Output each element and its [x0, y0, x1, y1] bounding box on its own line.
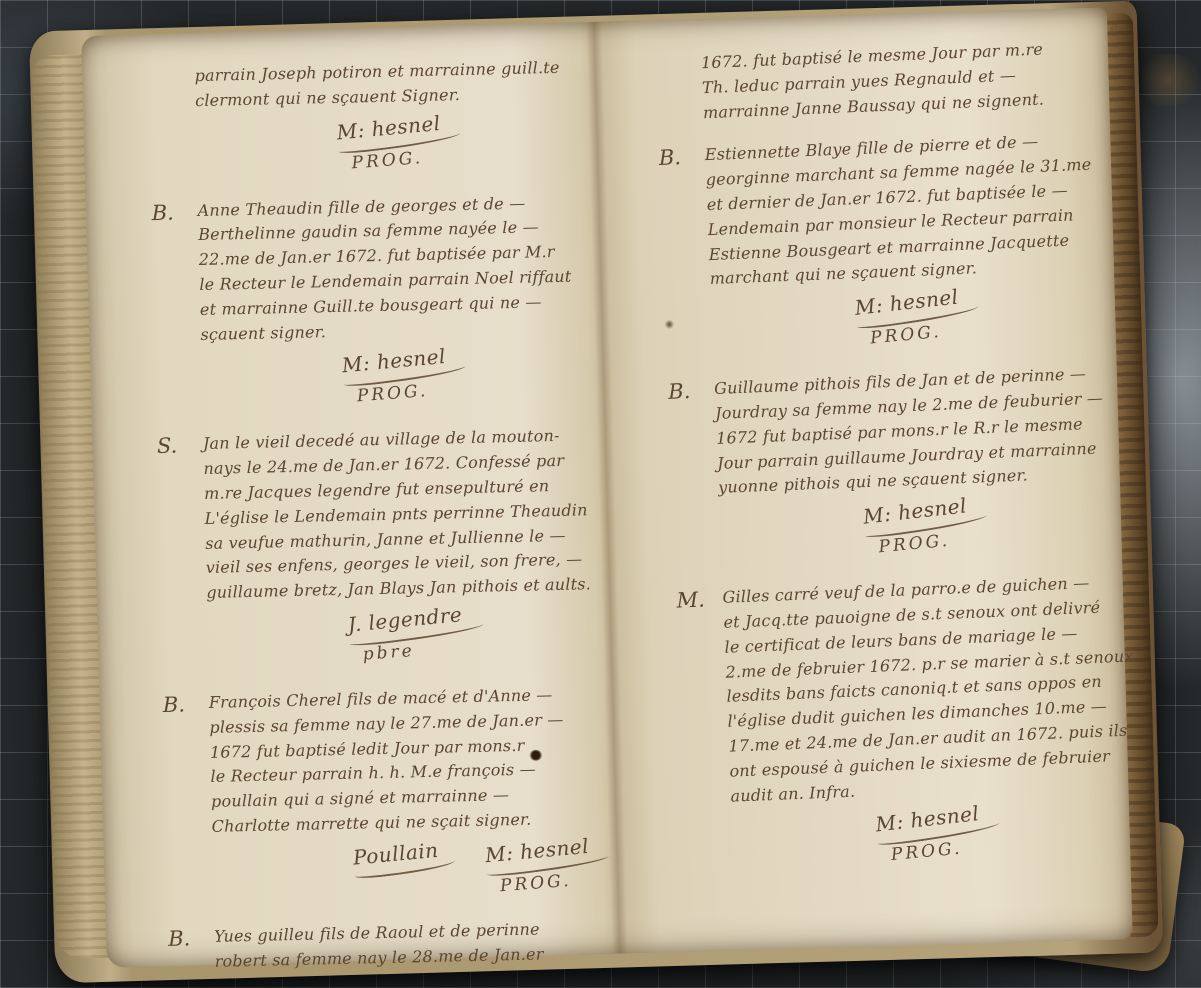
margin-letter	[148, 64, 185, 181]
signature: M: hesnelPROG.	[337, 114, 443, 177]
entry-lines: François Cherel fils de macé et d'Anne —…	[209, 681, 630, 906]
corner-smudge	[1134, 53, 1201, 107]
entry-lines: parrain Joseph potiron et marrainne guil…	[194, 55, 613, 181]
signature-title: pbre	[362, 641, 415, 665]
register-entry: B. Yues guilleu fils de Raoul et de peri…	[168, 915, 631, 975]
signature-block: PoullainM: hesnelPROG.	[353, 836, 629, 903]
margin-letter: B.	[151, 199, 190, 415]
signature-block: M: hesnelPROG.	[337, 110, 613, 177]
margin-letter: B.	[163, 691, 202, 907]
signature: M: hesnelPROG.	[342, 348, 448, 411]
signature: J. legendrepbre	[348, 606, 464, 670]
signature-title: PROG.	[357, 381, 430, 406]
entry-lines: Estiennette Blaye fille de pierre et de …	[704, 127, 1136, 360]
register-entry: 1672. fut baptisé le mesme Jour par m.re…	[655, 34, 1128, 127]
right-page-entries: 1672. fut baptisé le mesme Jour par m.re…	[655, 34, 1158, 878]
signature-name: M: hesnel	[854, 285, 961, 329]
open-register-book: parrain Joseph potiron et marrainne guil…	[29, 1, 1163, 984]
margin-letter: S.	[157, 433, 196, 674]
register-entry: B. François Cherel fils de macé et d'Ann…	[163, 681, 630, 907]
margin-letter: M.	[676, 586, 722, 877]
signature-name: M: hesnel	[874, 801, 981, 845]
margin-letter: B.	[168, 925, 203, 975]
signature-block: J. legendrepbre	[348, 602, 624, 669]
signature-title: PROG.	[499, 871, 572, 896]
signature: Poullain	[353, 840, 440, 903]
signature-block: M: hesnelPROG.	[863, 490, 1145, 562]
register-entry: B. Estiennette Blaye fille de pierre et …	[658, 127, 1136, 361]
register-entry: S. Jan le vieil decedé au village de la …	[157, 423, 624, 674]
page-number: 6	[1110, 24, 1119, 39]
signature-name: M: hesnel	[862, 494, 969, 538]
signature-name: J. legendre	[347, 602, 464, 645]
entry-lines: Guillaume pithois fils de Jan et de peri…	[714, 360, 1145, 568]
entry-lines: Gilles carré veuf de la parro.e de guich…	[722, 569, 1157, 876]
left-page: parrain Joseph potiron et marrainne guil…	[148, 55, 631, 988]
signature: M: hesnelPROG.	[855, 288, 962, 353]
margin-letter: B.	[658, 144, 701, 361]
signature-name: M: hesnel	[336, 111, 443, 153]
signature-name: M: hesnel	[341, 344, 448, 386]
register-entry: B. Guillaume pithois fils de Jan et de p…	[668, 360, 1145, 570]
page-spread: parrain Joseph potiron et marrainne guil…	[81, 8, 1133, 968]
signature-block: M: hesnelPROG.	[875, 798, 1157, 870]
signature: M: hesnelPROG.	[485, 837, 591, 900]
left-page-entries: parrain Joseph potiron et marrainne guil…	[148, 55, 631, 976]
signature-block: M: hesnelPROG.	[855, 281, 1137, 353]
register-entry: parrain Joseph potiron et marrainne guil…	[148, 55, 613, 182]
signature-name: Poullain	[352, 838, 440, 879]
right-page: 6 1672. fut baptisé le mesme Jour par m.…	[655, 34, 1158, 896]
margin-letter: B.	[668, 378, 710, 570]
register-entry: M. Gilles carré veuf de la parro.e de gu…	[676, 569, 1157, 878]
entry-lines: Anne Theaudin fille de georges et de —Be…	[197, 189, 618, 414]
photo-mat-background: { "document_type": "parish register manu…	[0, 0, 1201, 988]
signature: M: hesnelPROG.	[863, 497, 970, 562]
signature-block: M: hesnelPROG.	[342, 344, 618, 411]
margin-letter	[655, 52, 692, 128]
entry-lines: Jan le vieil decedé au village de la mou…	[203, 423, 624, 673]
register-entry: B. Anne Theaudin fille de georges et de …	[151, 189, 618, 415]
entry-lines: Yues guilleu fils de Raoul et de perinne…	[214, 915, 631, 974]
signature-name: M: hesnel	[484, 833, 591, 875]
entry-lines: 1672. fut baptisé le mesme Jour par m.re…	[701, 34, 1128, 125]
signature: M: hesnelPROG.	[875, 805, 982, 870]
